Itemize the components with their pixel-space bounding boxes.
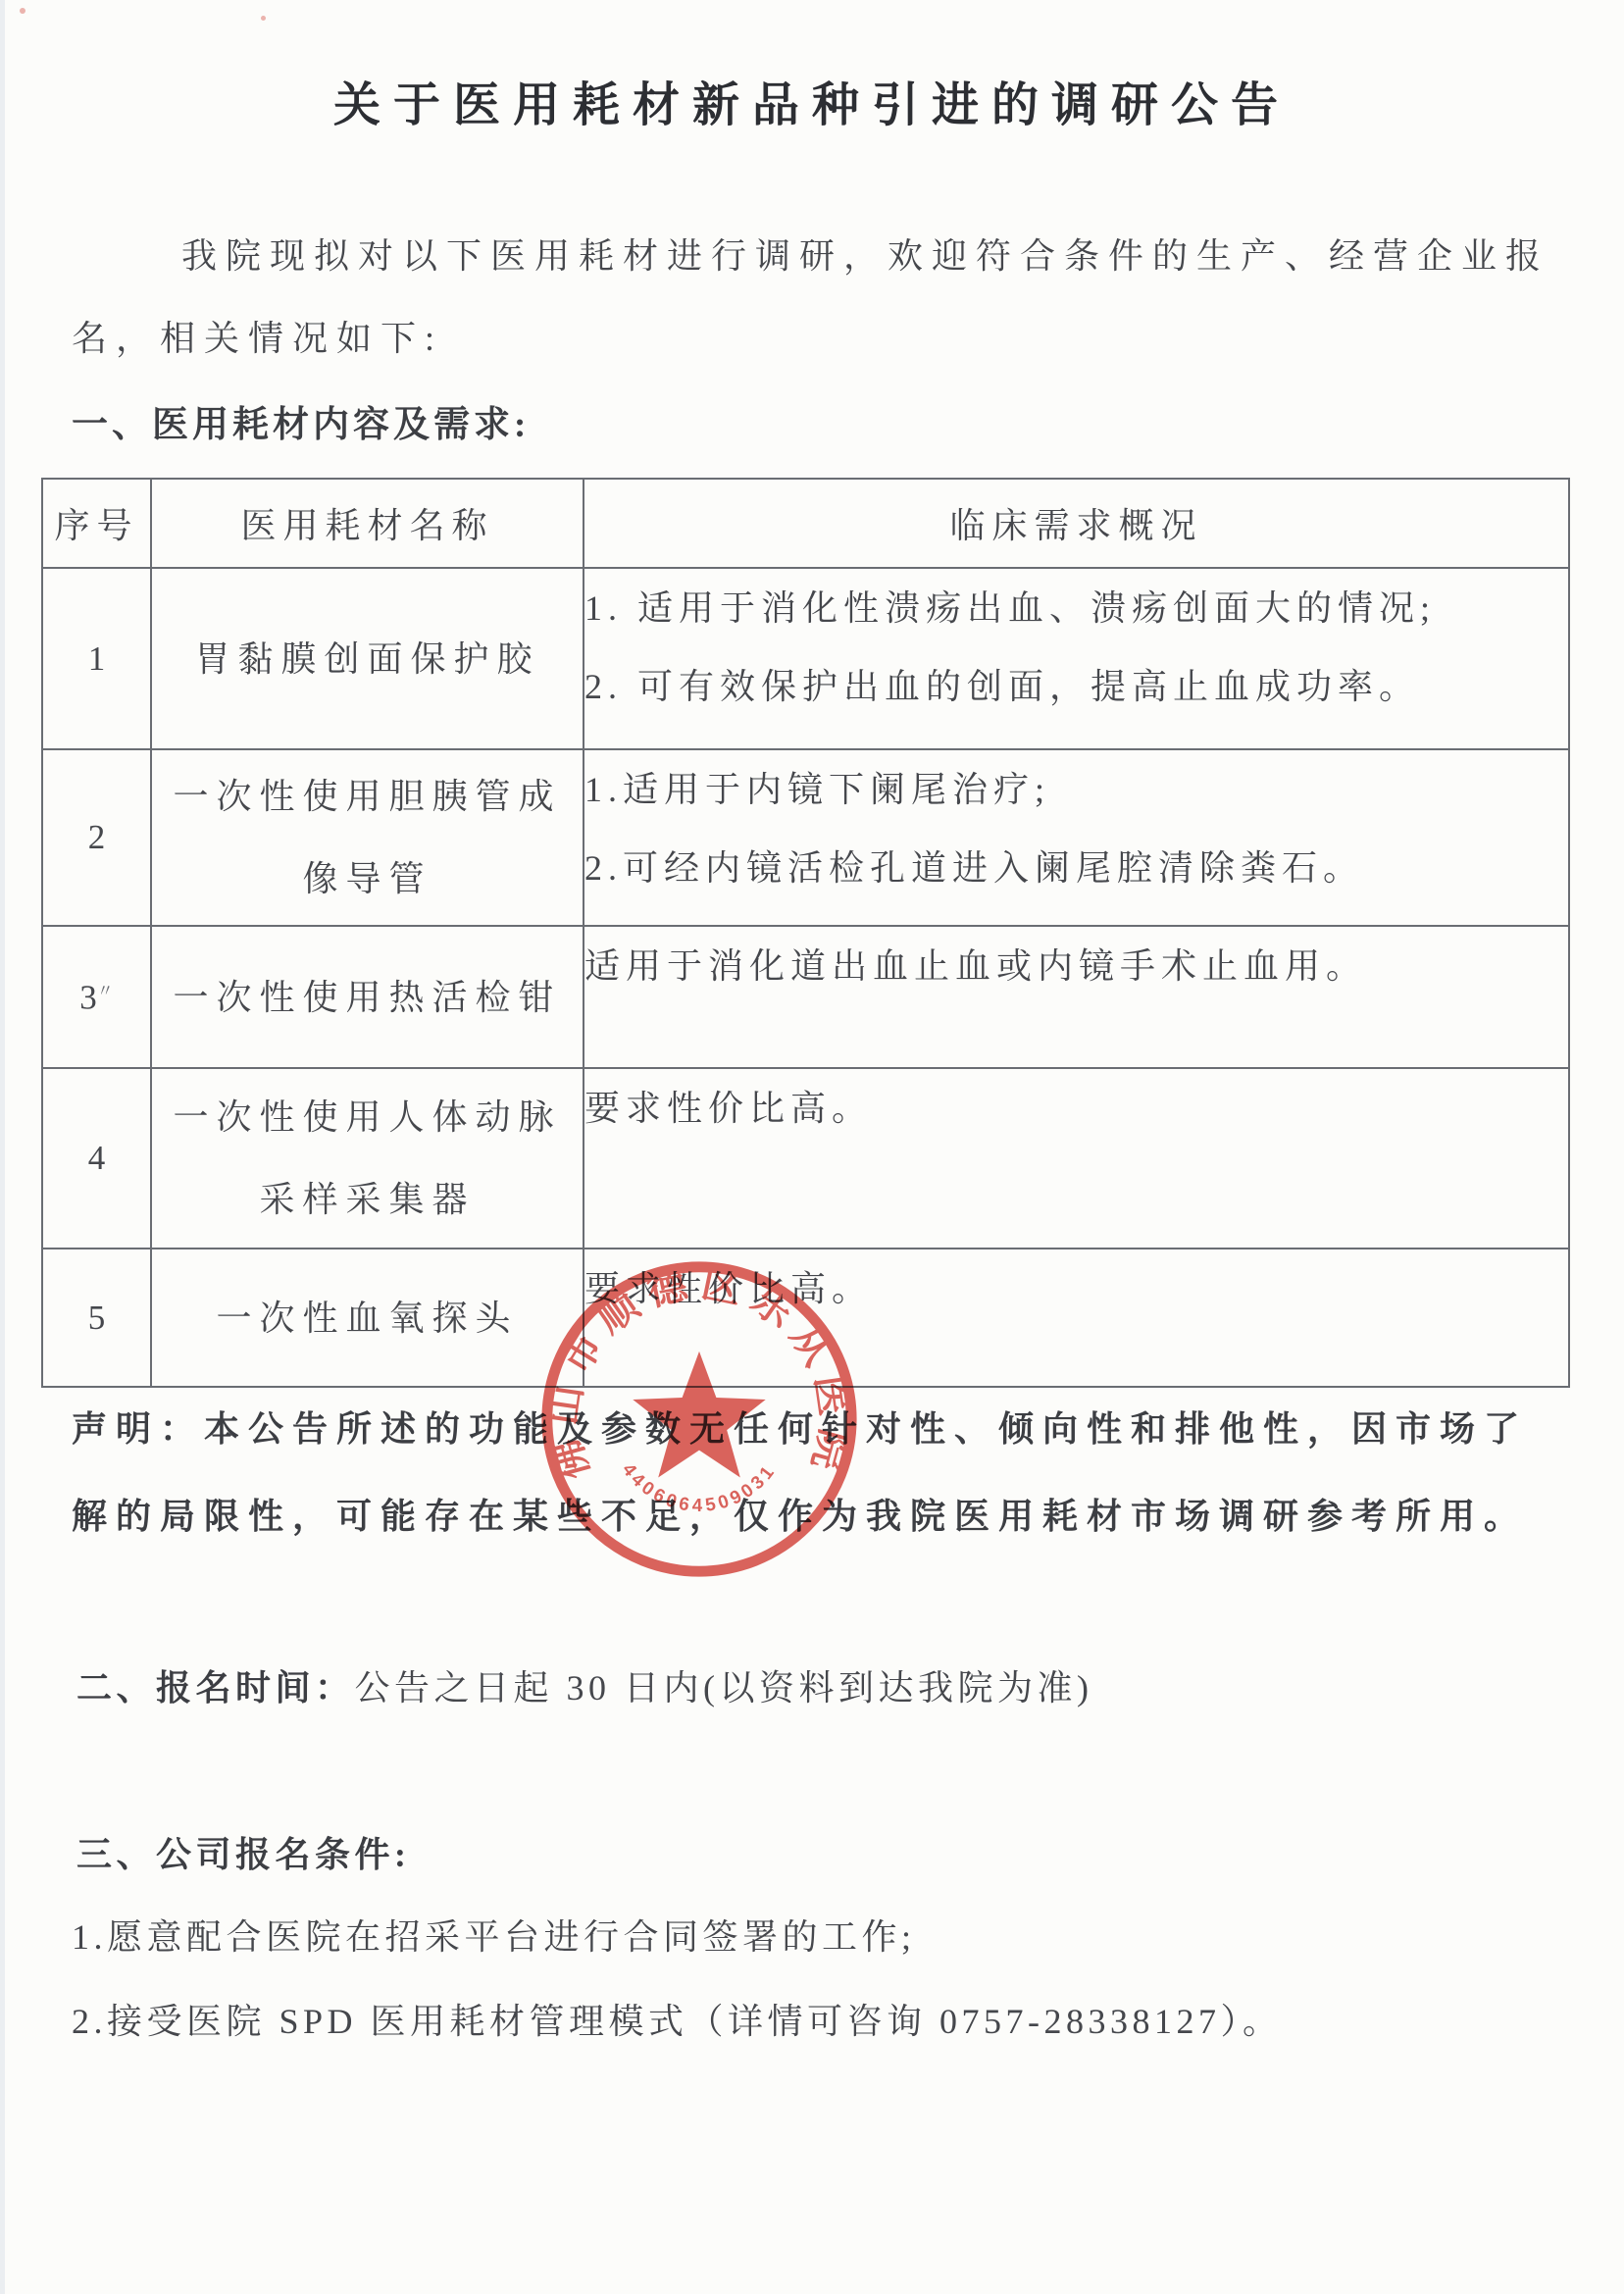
table-row: 2 一次性使用胆胰管成像导管 1.适用于内镜下阑尾治疗; 2.可经内镜活检孔道进… [42,749,1569,926]
row4-demand: 要求性价比高。 [584,1068,1569,1249]
row3-seq-number: 3 [79,978,97,1016]
section2-label: 二、报名时间： [76,1668,355,1708]
row3-pen-mark: 〃 [97,982,114,1000]
table-row: 5 一次性血氧探头 要求性价比高。 [42,1249,1569,1387]
section3-heading: 三、公司报名条件: [76,1831,411,1878]
row4-seq: 4 [42,1068,151,1249]
header-seq: 序号 [42,479,151,568]
table-row: 1 胃黏膜创面保护胶 1. 适用于消化性溃疡出血、溃疡创面大的情况; 2. 可有… [42,568,1569,749]
table-header-row: 序号 医用耗材名称 临床需求概况 [42,479,1569,568]
section2-text: 公告之日起 30 日内(以资料到达我院为准) [355,1668,1093,1708]
header-name: 医用耗材名称 [151,479,584,568]
row2-demand: 1.适用于内镜下阑尾治疗; 2.可经内镜活检孔道进入阑尾腔清除粪石。 [584,749,1569,926]
demand-line: 2.可经内镜活检孔道进入阑尾腔清除粪石。 [584,829,1568,907]
declaration-line-2: 解的局限性，可能存在某些不足，仅作为我院医用耗材市场调研参考所用。 [72,1492,1528,1541]
section3-item-2: 2.接受医院 SPD 医用耗材管理模式（详情可咨询 0757-28338127）… [72,1998,1283,2045]
demand-line: 要求性价比高。 [584,1069,1568,1147]
section2-line: 二、报名时间：公告之日起 30 日内(以资料到达我院为准) [76,1664,1093,1711]
declaration-line-1: 声明：本公告所述的功能及参数无任何针对性、倾向性和排他性，因市场了 [72,1404,1528,1453]
row3-demand: 适用于消化道出血止血或内镜手术止血用。 [584,926,1569,1068]
demand-line: 1. 适用于消化性溃疡出血、溃疡创面大的情况; [584,569,1568,647]
row1-name: 胃黏膜创面保护胶 [151,568,584,749]
table-row: 4 一次性使用人体动脉采样采集器 要求性价比高。 [42,1068,1569,1249]
row5-seq: 5 [42,1249,151,1387]
table-row: 3〃 一次性使用热活检钳 适用于消化道出血止血或内镜手术止血用。 [42,926,1569,1068]
row3-seq: 3〃 [42,926,151,1068]
row1-demand: 1. 适用于消化性溃疡出血、溃疡创面大的情况; 2. 可有效保护出血的创面，提高… [584,568,1569,749]
row1-seq: 1 [42,568,151,749]
row2-name: 一次性使用胆胰管成像导管 [151,749,584,926]
document-page: 关于医用耗材新品种引进的调研公告 我院现拟对以下医用耗材进行调研，欢迎符合条件的… [0,0,1624,2294]
row5-name: 一次性血氧探头 [151,1249,584,1387]
intro-line-1: 我院现拟对以下医用耗材进行调研，欢迎符合条件的生产、经营企业报 [181,232,1549,280]
page-title: 关于医用耗材新品种引进的调研公告 [0,67,1624,134]
demand-line: 适用于消化道出血止血或内镜手术止血用。 [584,927,1568,1005]
demand-line: 要求性价比高。 [584,1249,1568,1328]
row3-name: 一次性使用热活检钳 [151,926,584,1068]
demand-line: 2. 可有效保护出血的创面，提高止血成功率。 [584,647,1568,726]
intro-line-2: 名，相关情况如下: [72,315,443,362]
row2-seq: 2 [42,749,151,926]
demand-line: 1.适用于内镜下阑尾治疗; [584,750,1568,829]
scan-edge-artifact [0,0,5,2294]
row4-name: 一次性使用人体动脉采样采集器 [151,1068,584,1249]
row5-demand: 要求性价比高。 [584,1249,1569,1387]
section3-item-1: 1.愿意配合医院在招采平台进行合同签署的工作; [72,1913,916,1961]
consumables-table: 序号 医用耗材名称 临床需求概况 1 胃黏膜创面保护胶 1. 适用于消化性溃疡出… [41,478,1570,1388]
section1-heading: 一、医用耗材内容及需求: [72,402,530,449]
scan-speck [261,16,266,21]
scan-speck [20,8,25,14]
header-demand: 临床需求概况 [584,479,1569,568]
